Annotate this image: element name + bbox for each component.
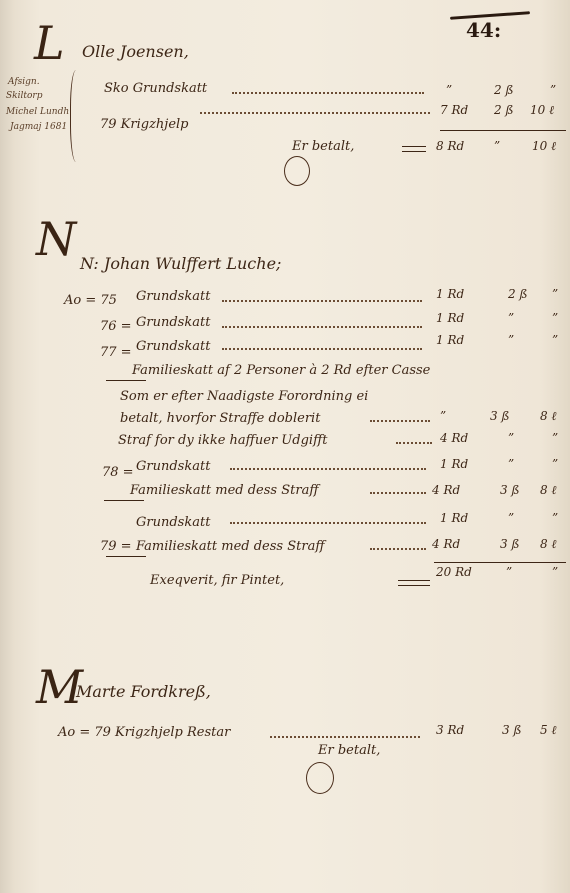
s2-line6-text: betalt, hvorfor Straffe doblerit <box>120 412 320 425</box>
leader-dots <box>370 548 426 550</box>
s2-line1-pn: ” <box>552 288 558 300</box>
s1-line2-pn: 10 ℓ <box>530 104 554 116</box>
s2-line11-pn: 8 ℓ <box>540 538 556 550</box>
s2-total-label: Exeqverit, fir Pintet, <box>150 574 284 587</box>
s2-line3-rd: 1 Rd <box>436 334 464 346</box>
s1-total-pn: 10 ℓ <box>532 140 556 152</box>
margin-note-4: Jagmaj 1681 <box>10 123 67 132</box>
underline <box>106 556 146 557</box>
s2-line8-pn: ” <box>552 458 558 470</box>
leader-dots <box>230 522 426 524</box>
leader-dots <box>230 468 426 470</box>
s2-total-pn: ” <box>552 566 558 578</box>
equals-mark <box>398 580 430 586</box>
flourish <box>306 762 334 794</box>
s2-line11-text: Familieskatt med dess Straff <box>136 540 325 553</box>
s2-sum-rule <box>434 562 566 563</box>
s2-line6-pn: 8 ℓ <box>540 410 556 422</box>
manuscript-page: 44: L Olle Joensen, Afsign. Skiltorp Mic… <box>0 0 570 893</box>
s2-line10-ss: ” <box>508 512 514 524</box>
leader-dots <box>396 442 432 444</box>
s2-line10-rd: 1 Rd <box>440 512 468 524</box>
equals-mark <box>402 146 426 152</box>
s2-line11-rd: 4 Rd <box>432 538 460 550</box>
leader-dots <box>232 92 424 94</box>
s2-total-rd: 20 Rd <box>436 566 472 578</box>
section1-initial: L <box>34 20 65 66</box>
s2-line2-pn: ” <box>552 312 558 324</box>
s1-line2-rd: 7 Rd <box>440 104 468 116</box>
s3-line1-ss: 3 ß <box>502 724 521 736</box>
leader-dots <box>222 300 422 302</box>
s2-line10-pn: ” <box>552 512 558 524</box>
s1-line1-pn: ” <box>550 84 556 96</box>
s2-line8-text: Grundskatt <box>136 460 210 473</box>
s2-line5-text: Som er efter Naadigste Forordning ei <box>120 390 368 403</box>
page-number: 44: <box>466 20 501 40</box>
s2-line1-ss: 2 ß <box>508 288 527 300</box>
s1-line1-rd: ” <box>446 84 452 96</box>
s2-line2-year: 76 = <box>100 320 132 333</box>
s1-line1-text: Sko Grundskatt <box>104 82 207 95</box>
s1-line2-ss: 2 ß <box>494 104 513 116</box>
leader-dots <box>270 736 420 738</box>
s2-line7-rd: 4 Rd <box>440 432 468 444</box>
s2-line3-ss: ” <box>508 334 514 346</box>
s2-line9-pn: 8 ℓ <box>540 484 556 496</box>
s3-total-label: Er betalt, <box>318 744 380 757</box>
margin-note-3: Michel Lundh <box>6 108 69 117</box>
s2-line6-ss: 3 ß <box>490 410 509 422</box>
s1-line2-text: 79 Krigzhjelp <box>100 118 189 131</box>
s2-line11-year: 79 = <box>100 540 132 553</box>
s2-line2-text: Grundskatt <box>136 316 210 329</box>
section3-heading: Marte Fordkreß, <box>76 684 211 700</box>
s2-line3-text: Grundskatt <box>136 340 210 353</box>
s3-line1-text: Ao = 79 Krigzhjelp Restar <box>58 726 230 739</box>
s3-line1-pn: 5 ℓ <box>540 724 556 736</box>
leader-dots <box>222 348 422 350</box>
s2-line7-text: Straf for dy ikke haffuer Udgifft <box>118 434 328 447</box>
s1-total-label: Er betalt, <box>292 140 354 153</box>
s2-line3-year: 77 = <box>100 346 132 359</box>
flourish <box>284 156 310 186</box>
s2-line2-rd: 1 Rd <box>436 312 464 324</box>
section1-brace <box>70 70 85 162</box>
s2-line6-rd: ” <box>440 410 446 422</box>
s2-line8-year: 78 = <box>102 466 134 479</box>
leader-dots <box>370 420 430 422</box>
s2-line8-rd: 1 Rd <box>440 458 468 470</box>
s1-total-ss: ” <box>494 140 500 152</box>
s2-line4-text: Familieskatt af 2 Personer à 2 Rd efter … <box>132 364 430 377</box>
s2-line3-pn: ” <box>552 334 558 346</box>
s2-line7-pn: ” <box>552 432 558 444</box>
s2-line2-ss: ” <box>508 312 514 324</box>
s2-line11-ss: 3 ß <box>500 538 519 550</box>
s2-line1-rd: 1 Rd <box>436 288 464 300</box>
s2-line1-year: Ao = 75 <box>64 294 117 307</box>
leader-dots <box>200 112 430 114</box>
s2-line7-ss: ” <box>508 432 514 444</box>
s2-line9-rd: 4 Rd <box>432 484 460 496</box>
underline <box>104 500 144 501</box>
s2-line8-ss: ” <box>508 458 514 470</box>
s1-sum-rule <box>440 130 566 131</box>
margin-note-1: Afsign. <box>8 78 40 87</box>
s2-line1-text: Grundskatt <box>136 290 210 303</box>
section2-initial: N <box>36 216 76 262</box>
s3-line1-rd: 3 Rd <box>436 724 464 736</box>
s2-line9-text: Familieskatt med dess Straff <box>130 484 319 497</box>
underline <box>106 380 146 381</box>
leader-dots <box>222 326 422 328</box>
s2-total-ss: ” <box>506 566 512 578</box>
s1-line1-ss: 2 ß <box>494 84 513 96</box>
s1-total-rd: 8 Rd <box>436 140 464 152</box>
leader-dots <box>370 492 426 494</box>
s2-line9-ss: 3 ß <box>500 484 519 496</box>
section2-heading: N: Johan Wulffert Luche; <box>80 256 281 272</box>
s2-line10-text: Grundskatt <box>136 516 210 529</box>
margin-note-2: Skiltorp <box>6 92 42 101</box>
section1-heading: Olle Joensen, <box>82 44 189 60</box>
